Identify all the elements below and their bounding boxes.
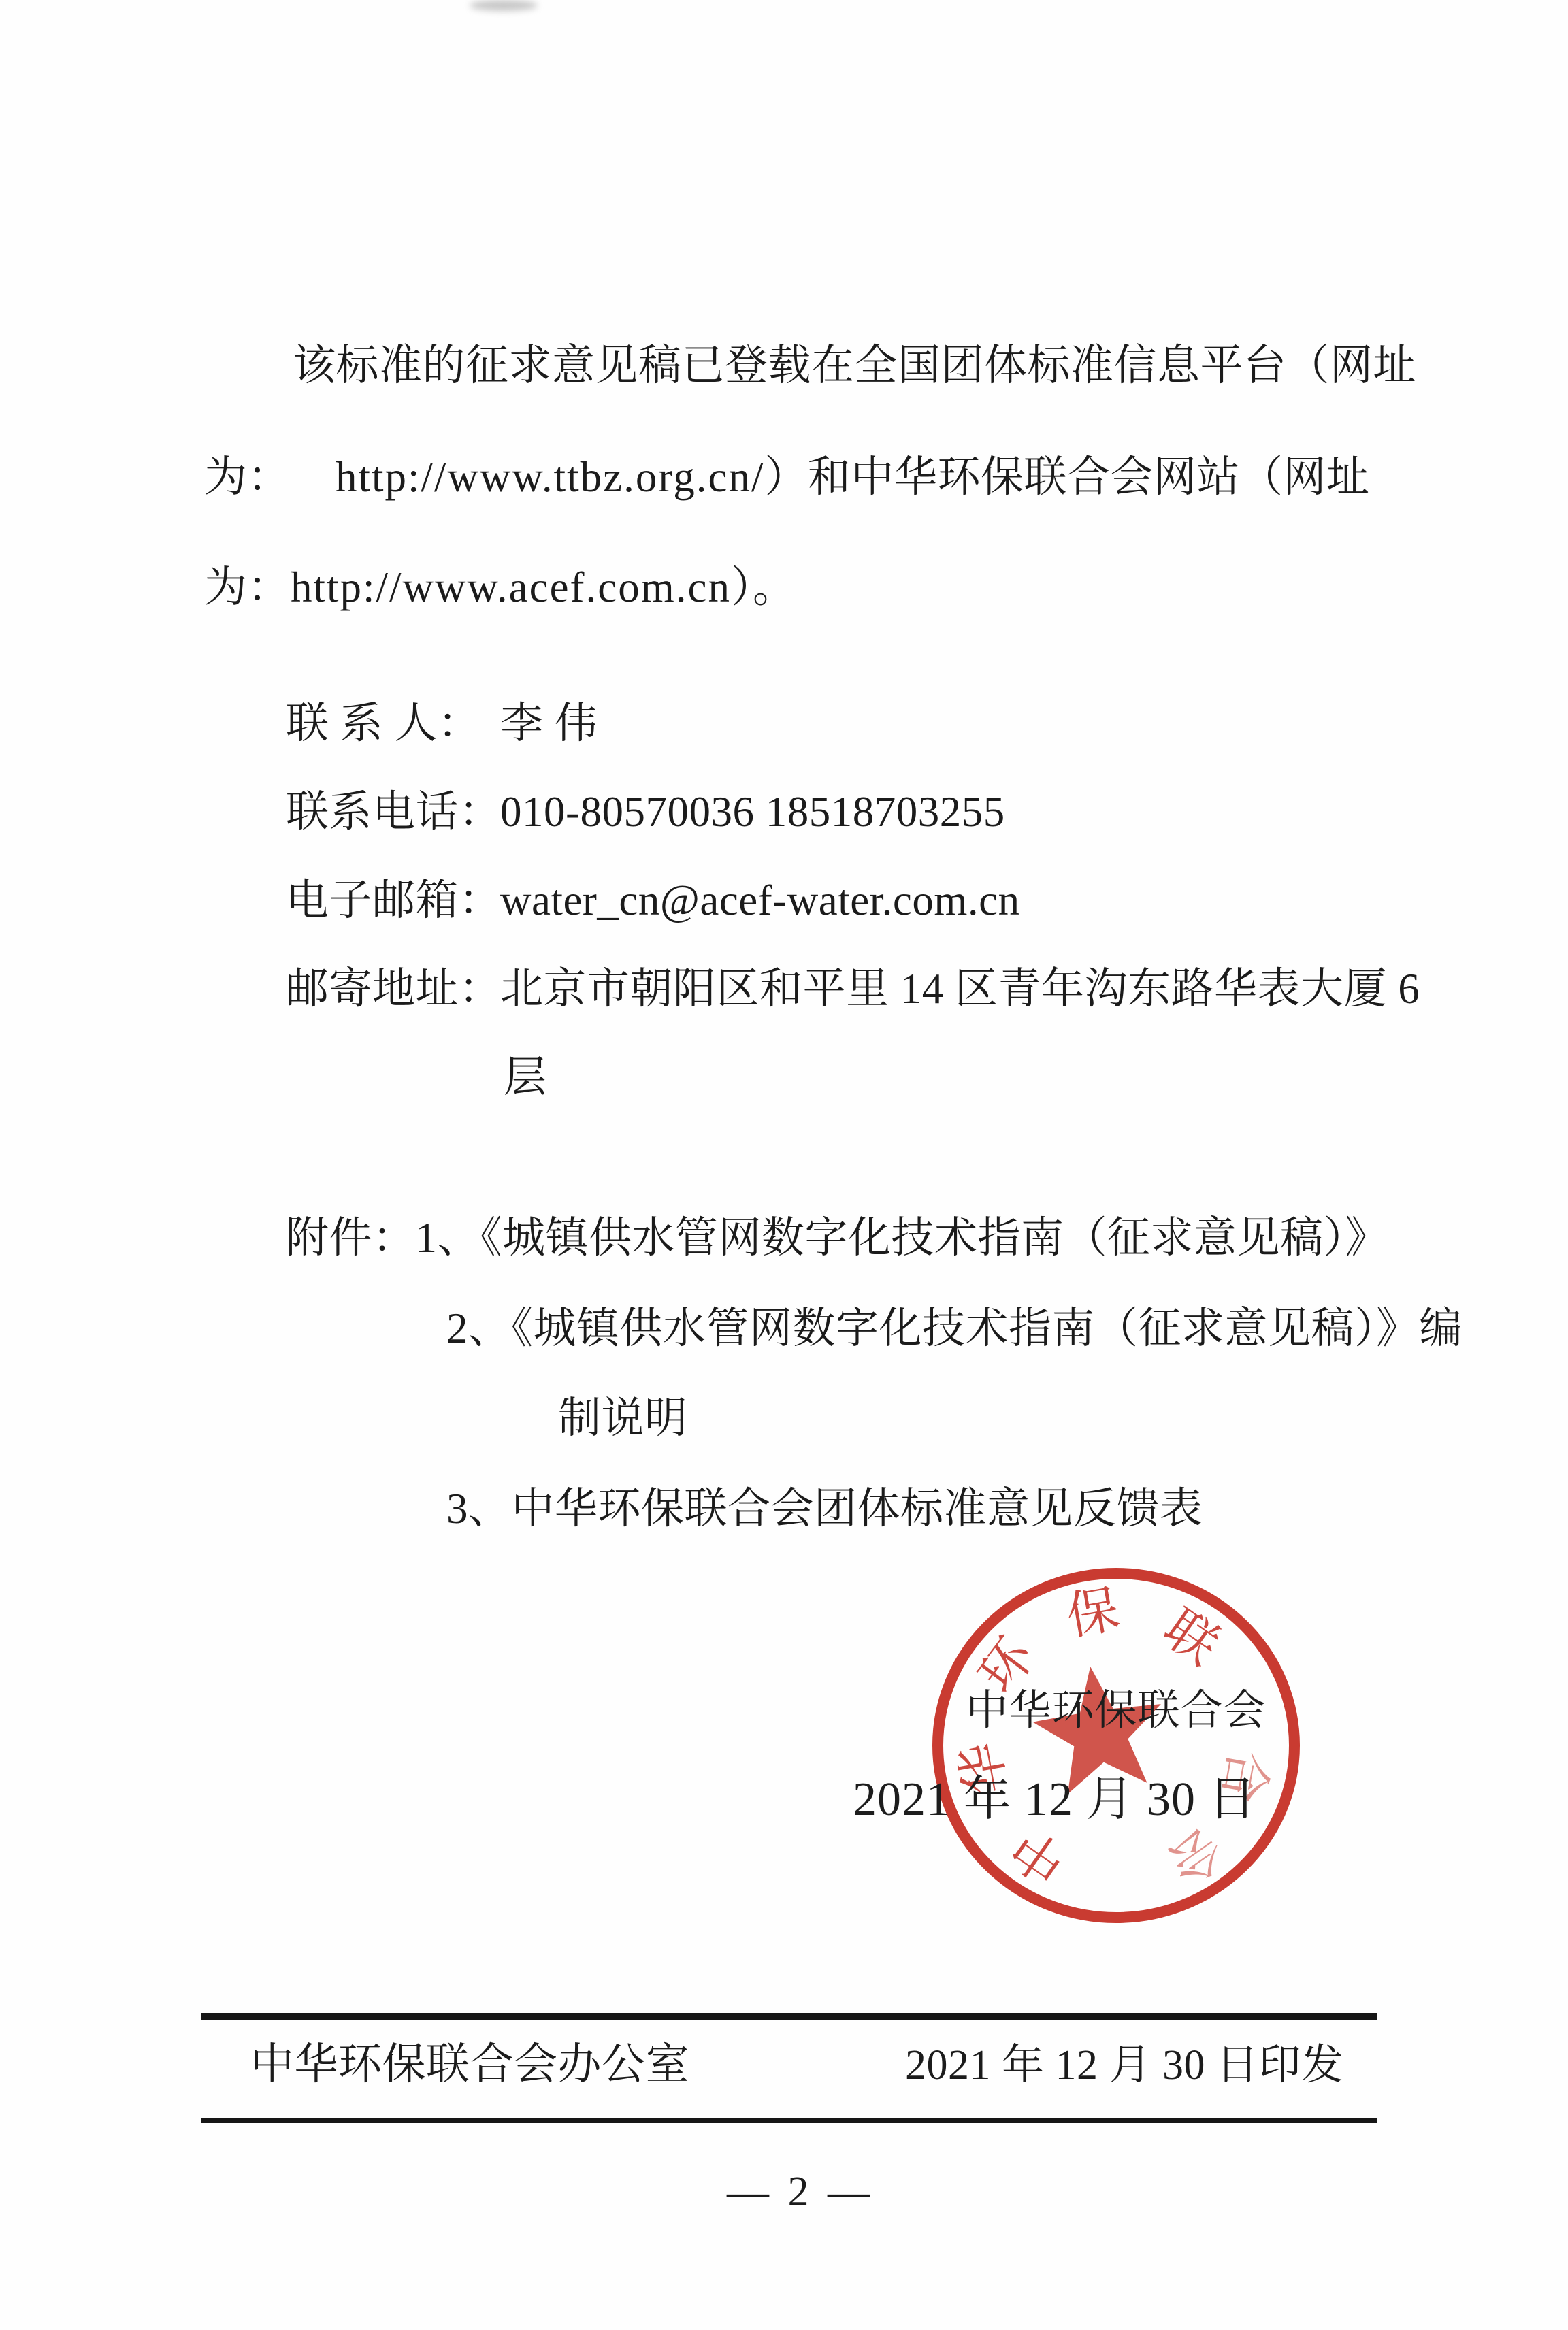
attachment-item: 2、《城镇供水管网数字化技术指南（征求意见稿）》编 <box>446 1305 1463 1352</box>
footer-office: 中华环保联合会办公室 <box>250 2043 689 2086</box>
url-text: http://www.ttbz.org.cn/ <box>336 453 764 501</box>
paragraph-line: 该标准的征求意见稿已登载在全国团体标准信息平台（网址 <box>293 344 1416 387</box>
attachment-line: 附件：1、《城镇供水管网数字化技术指南（征求意见稿）》 <box>286 1217 1388 1260</box>
footer-print-date: 2021 年 12 月 30 日印发 <box>905 2044 1344 2086</box>
url-text: http://www.acef.com.cn <box>291 563 731 611</box>
issue-date-text: 2021 年 12 月 30 日 <box>853 1773 1257 1826</box>
contact-label: 邮寄地址： <box>286 968 500 1011</box>
attachment-line: 制说明 <box>558 1397 688 1440</box>
paragraph-text: 为： <box>204 563 291 611</box>
page-number-text: — 2 — <box>727 2169 874 2215</box>
contact-value: 层 <box>504 1053 547 1101</box>
contact-row: 邮寄地址：北京市朝阳区和平里 14 区青年沟东路华表大厦 6 <box>286 968 1420 1011</box>
official-seal: 中 华 环 保 联 合 会 <box>898 1552 1341 1960</box>
attachment-item: 3、中华环保联合会团体标准意见反馈表 <box>446 1485 1203 1532</box>
footer-office-text: 中华环保联合会办公室 <box>250 2040 689 2088</box>
footer-top-rule <box>201 2013 1377 2020</box>
document-page: 该标准的征求意见稿已登载在全国团体标准信息平台（网址 为：http://www.… <box>0 0 1568 2330</box>
contact-address-wrap-line: 层 <box>504 1056 547 1099</box>
issuer-name: 中华环保联合会 <box>966 1690 1266 1732</box>
contact-value: water_cn@acef-water.com.cn <box>500 876 1020 924</box>
scan-smudge <box>470 0 538 11</box>
seal-char: 联 <box>1154 1600 1228 1676</box>
attachments-label: 附件： <box>286 1214 416 1262</box>
attachment-line: 3、中华环保联合会团体标准意见反馈表 <box>446 1488 1203 1530</box>
footer-print-date-text: 2021 年 12 月 30 日印发 <box>905 2042 1344 2088</box>
issuer-name-text: 中华环保联合会 <box>966 1688 1266 1734</box>
contact-row: 电子邮箱：water_cn@acef-water.com.cn <box>286 879 1020 922</box>
paragraph-text: 为： <box>204 453 291 501</box>
footer-bottom-rule <box>201 2118 1377 2123</box>
page-number: — 2 — <box>727 2171 874 2213</box>
contact-label: 联 系 人： <box>286 702 500 745</box>
seal-graphic: 中 华 环 保 联 合 会 <box>898 1552 1341 1960</box>
contact-value: 李 伟 <box>500 700 598 747</box>
contact-label: 联系电话： <box>286 791 500 834</box>
contact-row: 联系电话：010-80570036 18518703255 <box>286 791 1005 834</box>
paragraph-line: 为：http://www.ttbz.org.cn/）和中华环保联合会网站（网址 <box>204 456 1369 499</box>
attachment-line: 2、《城镇供水管网数字化技术指南（征求意见稿）》编 <box>446 1307 1463 1350</box>
contact-value: 北京市朝阳区和平里 14 区青年沟东路华表大厦 6 <box>500 965 1420 1013</box>
contact-label: 电子邮箱： <box>286 879 500 922</box>
paragraph-text: ）和中华环保联合会网站（网址 <box>764 453 1369 501</box>
contact-row: 联 系 人：李 伟 <box>286 702 598 745</box>
paragraph-line: 为：http://www.acef.com.cn）。 <box>204 566 796 609</box>
paragraph-text: ）。 <box>731 563 796 611</box>
attachment-item: 1、《城镇供水管网数字化技术指南（征求意见稿）》 <box>416 1214 1389 1262</box>
attachment-item: 制说明 <box>558 1394 688 1442</box>
paragraph-text: 该标准的征求意见稿已登载在全国团体标准信息平台（网址 <box>293 342 1416 389</box>
seal-char: 保 <box>1062 1581 1123 1646</box>
contact-value: 010-80570036 18518703255 <box>500 788 1005 836</box>
issue-date: 2021 年 12 月 30 日 <box>853 1776 1257 1824</box>
